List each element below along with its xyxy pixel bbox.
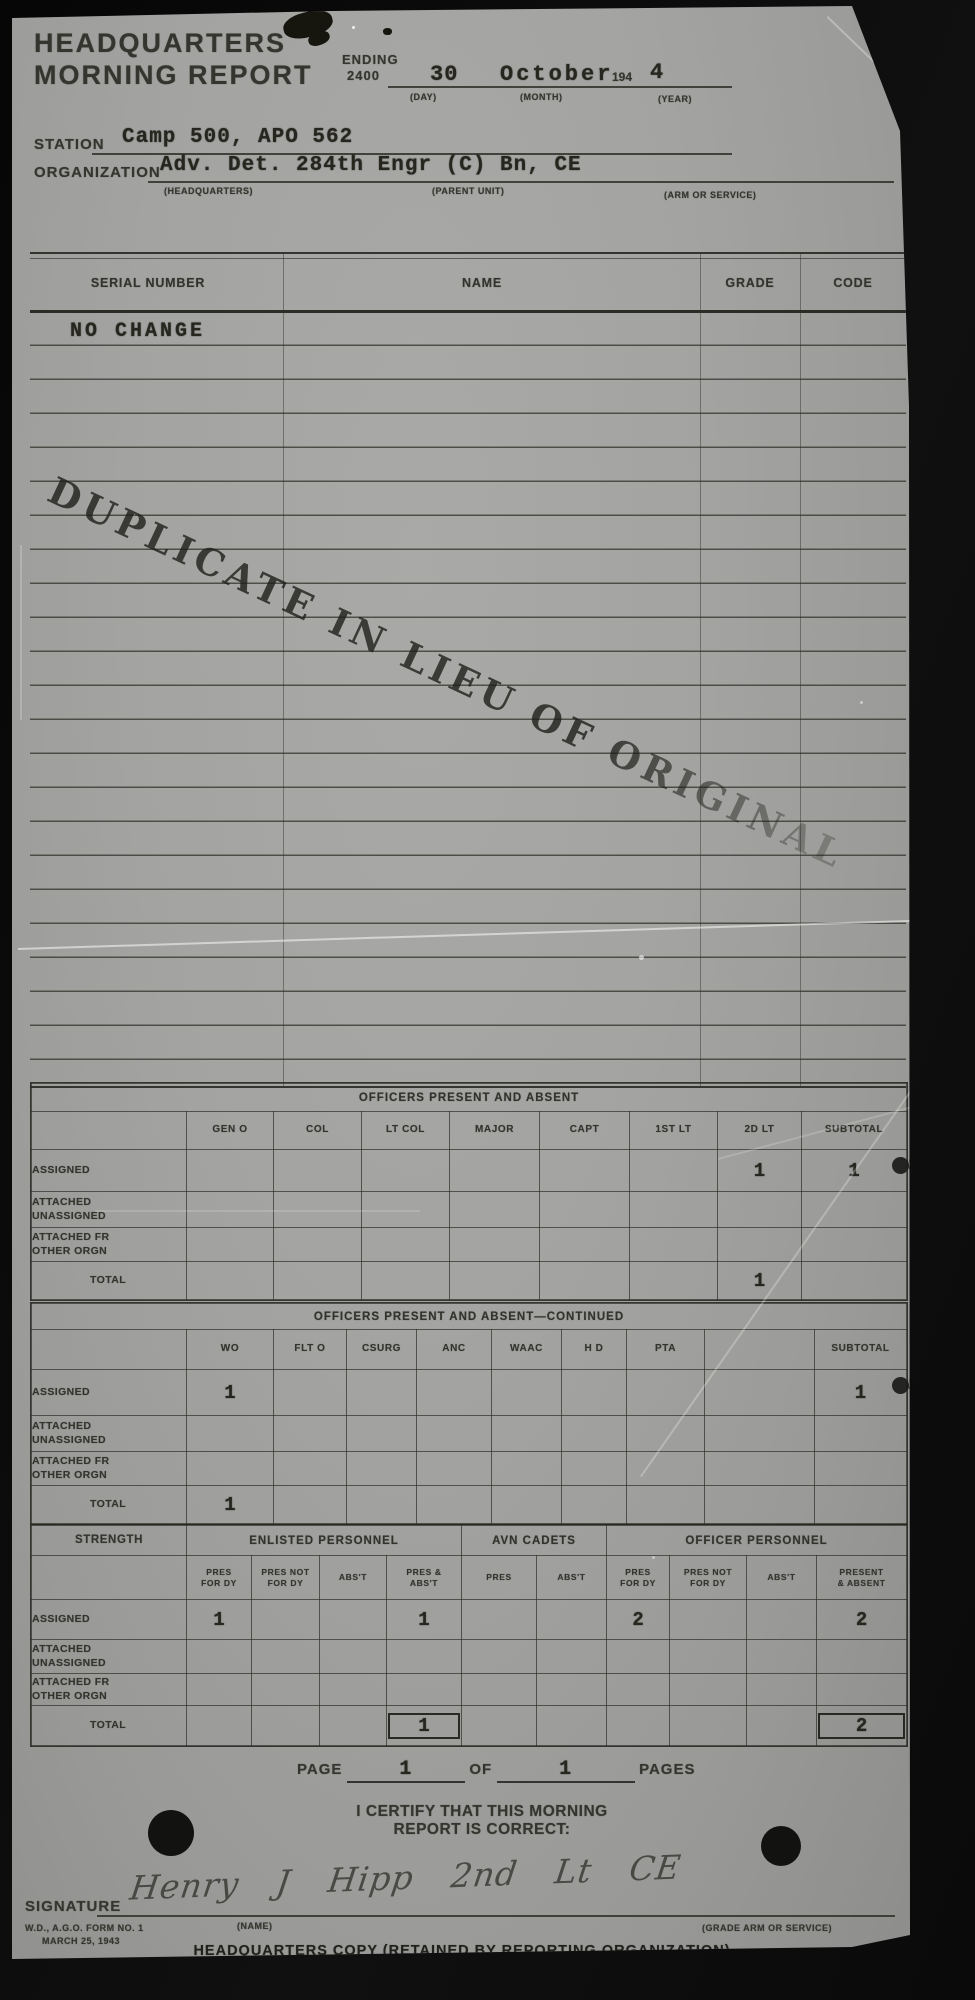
- roster-serial-divider: [283, 254, 284, 1086]
- row-assigned: ASSIGNED: [32, 1150, 187, 1192]
- signature-underline: [97, 1915, 895, 1917]
- col-blank: [705, 1330, 815, 1370]
- scratch-line: [95, 1210, 420, 1212]
- officers-table: OFFICERS PRESENT AND ABSENT GEN O COL LT…: [30, 1082, 908, 1301]
- col-anc: ANC: [417, 1330, 492, 1370]
- form-id-line2: MARCH 25, 1943: [42, 1936, 120, 1946]
- roster-entry-no-change: NO CHANGE: [70, 320, 205, 343]
- form-title-line2: MORNING REPORT: [34, 60, 313, 91]
- row-attached-fr-other: ATTACHED FR OTHER ORGN: [32, 1452, 187, 1486]
- scanned-morning-report: HEADQUARTERS MORNING REPORT ENDING 2400 …: [0, 0, 975, 2000]
- signature-label: SIGNATURE: [25, 1898, 121, 1915]
- ink-stamp: 2: [892, 1376, 932, 1396]
- roster-col-code: CODE: [833, 276, 872, 290]
- col-2d-lt: 2D LT: [718, 1112, 802, 1150]
- roster-col-serial: SERIAL NUMBER: [91, 276, 205, 290]
- month-sublabel: (MONTH): [520, 92, 563, 102]
- row-attached-unassigned: ATTACHED UNASSIGNED: [32, 1416, 187, 1452]
- ink-stamp: 2: [892, 1156, 932, 1176]
- row-total: TOTAL: [32, 1706, 187, 1746]
- of-label: OF: [469, 1761, 492, 1778]
- group-enlisted: ENLISTED PERSONNEL: [187, 1526, 462, 1556]
- continued-corner-cell: [32, 1330, 187, 1370]
- col-wo: WO: [187, 1330, 274, 1370]
- day-sublabel: (DAY): [410, 92, 437, 102]
- col-gen-o: GEN O: [187, 1112, 274, 1150]
- officers-title: OFFICERS PRESENT AND ABSENT: [32, 1084, 907, 1112]
- ending-label: ENDING: [342, 52, 399, 67]
- signature-handwriting: Henry J Hipp 2nd Lt CE: [128, 1839, 893, 1907]
- officers-continued-table: OFFICERS PRESENT AND ABSENT—CONTINUED WO…: [30, 1302, 908, 1525]
- total-pages: 1: [497, 1758, 635, 1783]
- row-attached-fr-other: ATTACHED FR OTHER ORGN: [32, 1228, 187, 1262]
- page-label: PAGE: [297, 1761, 342, 1778]
- scratch-line: [827, 16, 911, 97]
- row-attached-fr-other: ATTACHED FR OTHER ORGN: [32, 1674, 187, 1706]
- certification-text: I CERTIFY THAT THIS MORNING REPORT IS CO…: [252, 1803, 712, 1839]
- organization-label: ORGANIZATION: [34, 164, 161, 181]
- strength-header: STRENGTH: [32, 1526, 187, 1556]
- parent-unit-sublabel: (PARENT UNIT): [432, 186, 504, 196]
- col-col: COL: [274, 1112, 362, 1150]
- row-total: TOTAL: [32, 1486, 187, 1524]
- boxed-total: 2: [818, 1713, 905, 1739]
- group-officer: OFFICER PERSONNEL: [607, 1526, 907, 1556]
- form-title-line1: HEADQUARTERS: [34, 28, 286, 59]
- roster-code-divider: [800, 254, 801, 1086]
- row-attached-unassigned: ATTACHED UNASSIGNED: [32, 1640, 187, 1674]
- grade-arm-sublabel: (GRADE ARM OR SERVICE): [702, 1923, 832, 1933]
- roster-grade-divider: [700, 254, 701, 1086]
- roster-col-grade: GRADE: [725, 276, 774, 290]
- page-number: 1: [347, 1758, 465, 1783]
- strength-corner-cell: [32, 1556, 187, 1600]
- group-avn-cadets: AVN CADETS: [462, 1526, 607, 1556]
- col-pta: PTA: [627, 1330, 705, 1370]
- scratch-line: [20, 545, 22, 720]
- pages-label: PAGES: [639, 1761, 695, 1778]
- row-assigned: ASSIGNED: [32, 1370, 187, 1416]
- col-major: MAJOR: [450, 1112, 540, 1150]
- date-year-value: 4: [650, 60, 664, 85]
- officers-continued-title: OFFICERS PRESENT AND ABSENT—CONTINUED: [32, 1304, 907, 1330]
- strength-table: STRENGTH ENLISTED PERSONNEL AVN CADETS O…: [30, 1524, 908, 1747]
- arm-service-sublabel: (ARM OR SERVICE): [664, 190, 756, 200]
- name-sublabel: (NAME): [237, 1921, 273, 1931]
- form-id-line1: W.D., A.G.O. FORM NO. 1: [25, 1923, 144, 1933]
- row-assigned: ASSIGNED: [32, 1600, 187, 1640]
- punch-hole-left: [148, 1810, 194, 1856]
- row-total: TOTAL: [32, 1262, 187, 1300]
- year-printed: 194: [612, 70, 632, 84]
- year-sublabel: (YEAR): [658, 94, 692, 104]
- organization-value: Adv. Det. 284th Engr (C) Bn, CE: [160, 154, 582, 177]
- dust-speckles: [352, 26, 355, 29]
- col-subtotal2: SUBTOTAL: [815, 1330, 907, 1370]
- roster-top-rule: [30, 258, 906, 259]
- roster-col-name: NAME: [462, 276, 502, 290]
- date-month-value: October: [500, 62, 613, 87]
- station-value: Camp 500, APO 562: [122, 126, 353, 149]
- paper-sheet: HEADQUARTERS MORNING REPORT ENDING 2400 …: [12, 6, 912, 1968]
- station-label: STATION: [34, 136, 105, 153]
- headquarters-sublabel: (HEADQUARTERS): [164, 186, 253, 196]
- col-flt-o: FLT O: [274, 1330, 347, 1370]
- col-1st-lt: 1ST LT: [630, 1112, 718, 1150]
- col-hd: H D: [562, 1330, 627, 1370]
- page-count-line: PAGE 1 OF 1 PAGES: [297, 1758, 695, 1783]
- officers-corner-cell: [32, 1112, 187, 1150]
- footer-strip-caption: HEADQUARTERS COPY (RETAINED BY REPORTING…: [122, 1943, 802, 1959]
- ending-time: 2400: [347, 68, 380, 83]
- col-lt-col: LT COL: [362, 1112, 450, 1150]
- ink-smudge: [383, 28, 392, 35]
- col-capt: CAPT: [540, 1112, 630, 1150]
- col-csurg: CSURG: [347, 1330, 417, 1370]
- boxed-total: 1: [388, 1713, 460, 1739]
- col-waac: WAAC: [492, 1330, 562, 1370]
- organization-underline: [148, 181, 894, 183]
- date-day-value: 30: [430, 62, 458, 87]
